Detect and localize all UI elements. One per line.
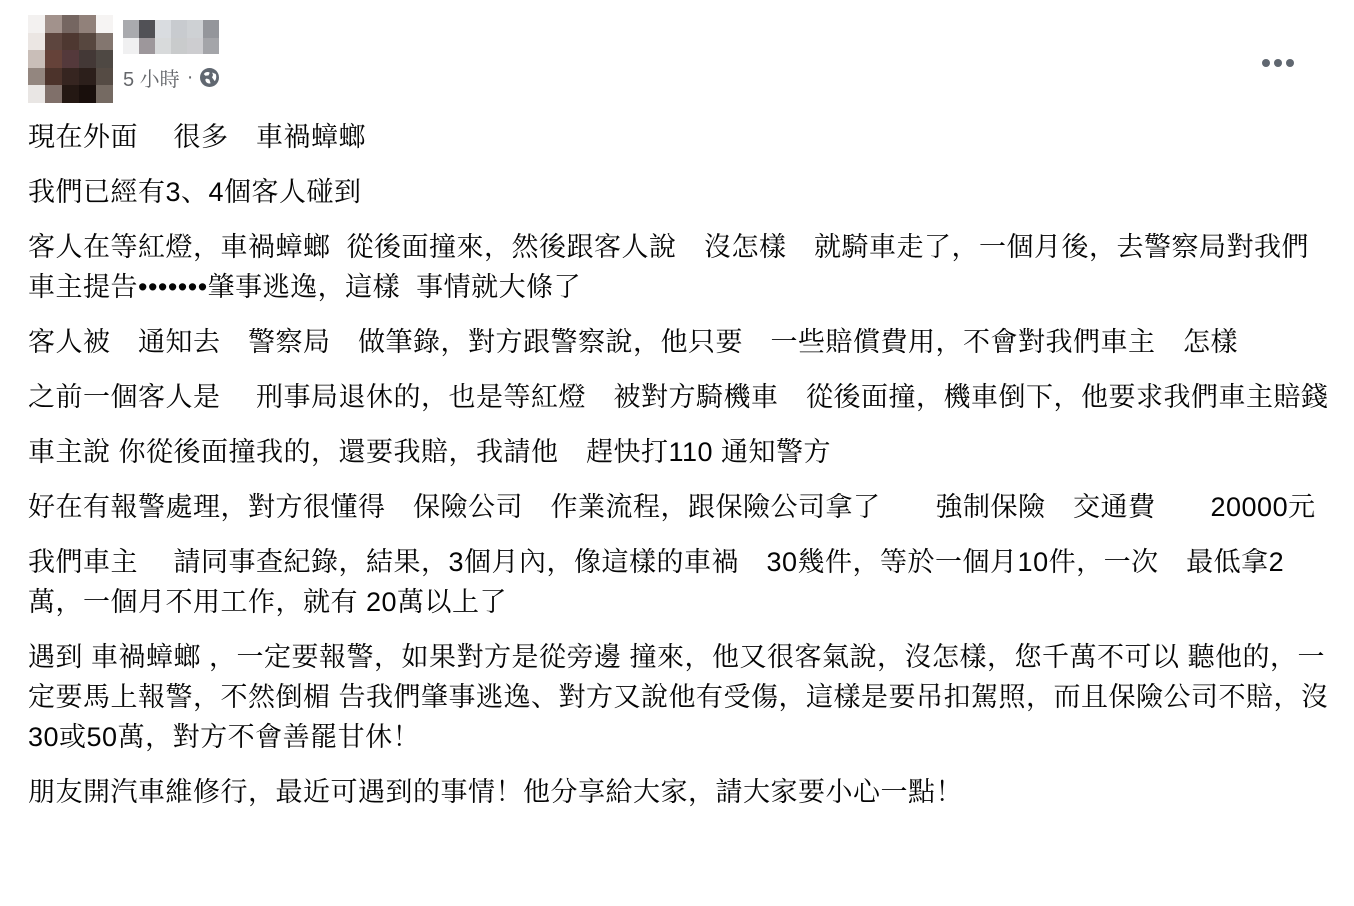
- paragraph: 我們已經有3、4個客人碰到: [28, 172, 1330, 212]
- paragraph: 車主說 你從後面撞我的，還要我賠，我請他 趕快打110 通知警方: [28, 432, 1330, 472]
- paragraph: 現在外面 很多 車禍蟑螂: [28, 117, 1330, 157]
- paragraph: 遇到 車禍蟑螂 ，一定要報警，如果對方是從旁邊 撞來，他又很客氣說，沒怎樣，您千…: [28, 637, 1330, 757]
- user-name-blurred[interactable]: [123, 20, 219, 54]
- paragraph: 之前一個客人是 刑事局退休的，也是等紅燈 被對方騎機車 從後面撞，機車倒下，他要…: [28, 377, 1330, 417]
- post-timestamp[interactable]: 5 小時: [123, 63, 180, 92]
- three-dots-icon: [1274, 59, 1282, 67]
- avatar[interactable]: [28, 15, 113, 103]
- paragraph: 我們車主 請同事查紀錄，結果，3個月內，像這樣的車禍 30幾件，等於一個月10件…: [28, 542, 1330, 622]
- paragraph: 客人在等紅燈，車禍蟑螂 從後面撞來，然後跟客人說 沒怎樣 就騎車走了，一個月後，…: [28, 227, 1330, 307]
- post-text: 現在外面 很多 車禍蟑螂 我們已經有3、4個客人碰到 客人在等紅燈，車禍蟑螂 從…: [28, 117, 1330, 812]
- overflow-menu-button[interactable]: [1254, 46, 1302, 80]
- three-dots-icon: [1262, 59, 1270, 67]
- three-dots-icon: [1286, 59, 1294, 67]
- globe-icon: [200, 68, 219, 87]
- post-header: 5 小時 ·: [28, 15, 1330, 103]
- post-meta[interactable]: 5 小時 ·: [123, 63, 219, 92]
- paragraph: 好在有報警處理，對方很懂得 保險公司 作業流程，跟保險公司拿了 強制保險 交通費…: [28, 487, 1330, 527]
- paragraph: 客人被 通知去 警察局 做筆錄，對方跟警察說，他只要 一些賠償費用，不會對我們車…: [28, 322, 1330, 362]
- meta-separator: ·: [187, 66, 194, 89]
- post-header-main: 5 小時 ·: [123, 15, 219, 92]
- facebook-post: 5 小時 · 現在外面 很多 車禍蟑螂 我們已經有3、4個客人碰到 客人在等紅燈…: [0, 0, 1354, 906]
- paragraph: 朋友開汽車維修行，最近可遇到的事情！他分享給大家，請大家要小心一點！: [28, 772, 1330, 812]
